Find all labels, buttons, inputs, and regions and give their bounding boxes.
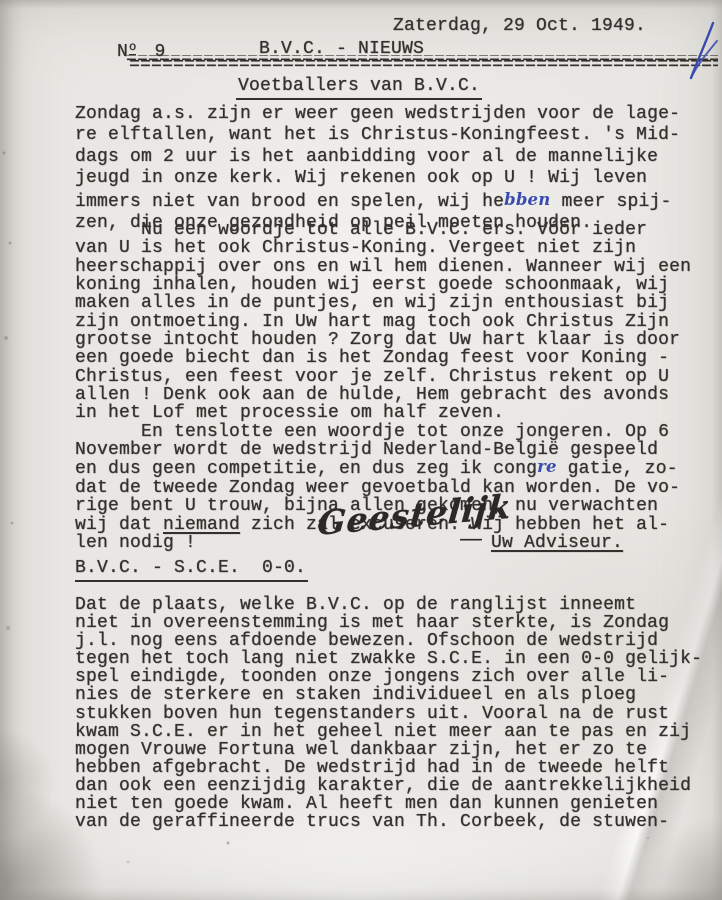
text-segment: zijn ontmoeting. In Uw hart mag toch ook… [75,312,669,332]
paragraph-match-report: Dat de plaats, welke B.V.C. op de rangli… [75,596,715,831]
text-line: grootse intocht houden ? Zorg dat Uw har… [75,331,715,349]
text-line: hebben afgebracht. De wedstrijd had in d… [75,759,715,777]
text-line: in het Lof met processie om half zeven. [75,404,715,422]
text-segment: in het Lof met processie om half zeven. [75,403,504,423]
text-line: dan ook een eenzijdig karakter, die de a… [75,777,715,795]
text-line: dat de tweede Zondag weer gevoetbald kan… [75,479,715,497]
text-segment: Zondag a.s. zijn er weer geen wedstrijde… [75,104,680,124]
text-line: dags om 2 uur is het aanbidding voor al … [75,147,715,168]
text-segment: mogen Vrouwe Fortuna wel dankbaar zijn, … [75,740,647,760]
divider-rule: ========================================… [126,55,718,75]
text-line: Dat de plaats, welke B.V.C. op de rangli… [75,596,715,614]
text-line: nies de sterkere en staken individueel e… [75,686,715,704]
text-segment: een goede biecht dan is het Zondag feest… [75,348,669,368]
paragraph-intro: Zondag a.s. zijn er weer geen wedstrijde… [75,104,715,234]
text-segment: November wordt de wedstrijd Nederland-Be… [75,440,658,460]
text-segment: Christus, een feest voor je zelf. Christ… [75,367,669,387]
text-line: allen ! Denk ook aan de hulde, Hem gebra… [75,386,715,404]
text-segment: immers niet van brood en spelen, wij he [75,192,504,212]
text-segment: re elftallen, want het is Christus-Konin… [75,125,680,145]
page-date: Zaterdag, 29 Oct. 1949. [393,16,646,36]
text-line: spel eindigde, toonden onze jongens zich… [75,668,715,686]
text-line: immers niet van brood en spelen, wij heb… [75,190,715,213]
handwritten-correction: re [537,457,557,476]
text-line: van U is het ook Christus-Koning. Vergee… [75,239,715,257]
text-segment: van de geraffineerde trucs van Th. Corbe… [75,812,669,832]
text-line: j.l. nog eens afdoende bewezen. Ofschoon… [75,632,715,650]
text-segment: van U is het ook Christus-Koning. Vergee… [75,238,636,258]
text-line: re elftallen, want het is Christus-Konin… [75,125,715,146]
text-segment: En tenslotte een woordje tot onze jonger… [75,422,669,442]
text-segment: len nodig ! [75,533,196,553]
text-line: En tenslotte een woordje tot onze jonger… [75,423,715,441]
text-segment: wij dat [75,515,163,535]
text-segment: jeugd in onze kerk. Wij rekenen ook op U… [75,168,647,188]
checkmark-icon [686,20,720,82]
issue-label-o: o [129,40,136,55]
text-segment: kwam S.C.E. er in het geheel niet meer a… [75,722,691,742]
text-line: en dus geen competitie, en dus zeg ik co… [75,459,715,478]
text-segment: en dus geen competitie, en dus zeg ik co… [75,459,537,479]
text-segment: Dat de plaats, welke B.V.C. op de rangli… [75,595,636,615]
signature-dash: — [459,524,483,552]
text-line: tegen het toch lang niet zwakke S.C.E. i… [75,650,715,668]
text-line: zijn ontmoeting. In Uw hart mag toch ook… [75,313,715,331]
text-segment: meer spij- [550,192,671,212]
text-segment: nies de sterkere en staken individueel e… [75,685,636,705]
text-line: maken alles in de puntjes, en wij zijn e… [75,294,715,312]
signature-role: Uw Adviseur. [491,533,623,553]
text-line: Christus, een feest voor je zelf. Christ… [75,368,715,386]
divider-rule-row: ========================================… [129,59,718,71]
text-line: Nu een woordje tot alle B.V.C. ers. Vóór… [75,221,715,239]
underlined-word: niemand [163,515,240,535]
text-line: stukken boven hun tegenstanders uit. Voo… [75,705,715,723]
text-line: Zondag a.s. zijn er weer geen wedstrijde… [75,104,715,125]
text-segment: dan ook een eenzijdig karakter, die de a… [75,776,691,796]
text-line: kwam S.C.E. er in het geheel niet meer a… [75,723,715,741]
text-line: een goede biecht dan is het Zondag feest… [75,349,715,367]
scanned-page: No9 Zaterdag, 29 Oct. 1949. B.V.C. - NIE… [0,0,722,900]
text-segment: heerschappij over ons en wil hem dienen.… [75,257,691,277]
text-line: November wordt de wedstrijd Nederland-Be… [75,441,715,459]
text-segment: gatie, zo- [557,459,678,479]
text-segment: dat de tweede Zondag weer gevoetbald kan… [75,478,680,498]
text-line: van de geraffineerde trucs van Th. Corbe… [75,813,715,831]
text-line: koning inhalen, houden wij eerst goede s… [75,276,715,294]
text-segment: stukken boven hun tegenstanders uit. Voo… [75,704,669,724]
text-line: jeugd in onze kerk. Wij rekenen ook op U… [75,168,715,189]
match-report-title: B.V.C. - S.C.E. 0-0. [75,558,308,582]
text-segment: hebben afgebracht. De wedstrijd had in d… [75,758,669,778]
text-line: heerschappij over ons en wil hem dienen.… [75,258,715,276]
article-title: Voetballers van B.V.C. [236,76,482,100]
text-line: mogen Vrouwe Fortuna wel dankbaar zijn, … [75,741,715,759]
text-segment: maken alles in de puntjes, en wij zijn e… [75,293,669,313]
text-segment: dags om 2 uur is het aanbidding voor al … [75,147,658,167]
text-segment: Nu een woordje tot alle B.V.C. ers. Vóór… [75,220,647,240]
text-line: niet ten goede kwam. Al heeft men dan ku… [75,795,715,813]
handwritten-correction: bben [504,190,550,209]
text-line: niet in overeenstemming is met haar ster… [75,614,715,632]
